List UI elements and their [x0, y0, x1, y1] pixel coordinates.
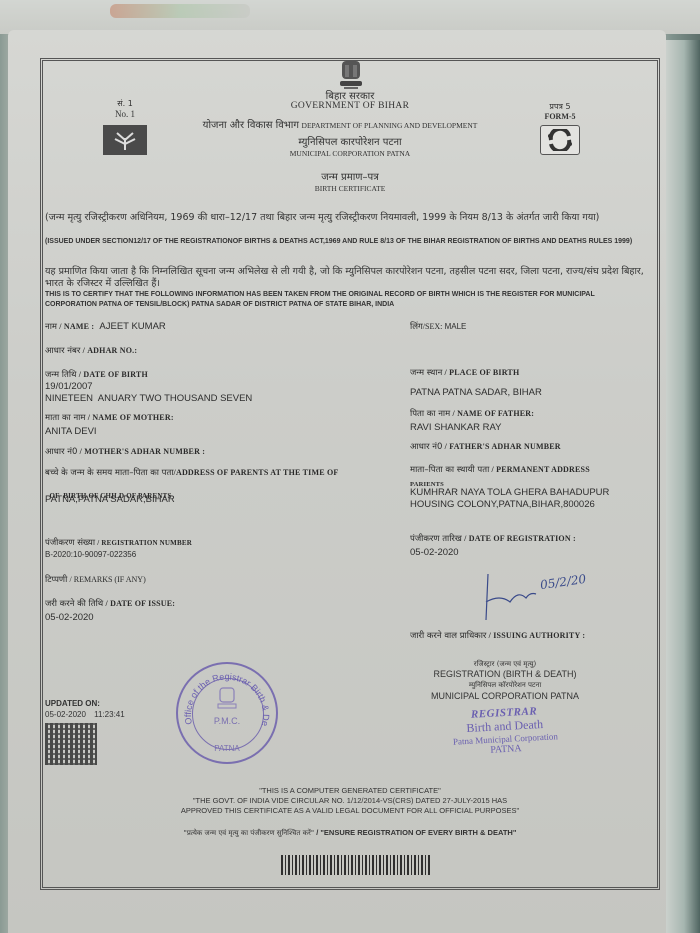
reg-date-label-hi: पंजीकरण तारिख: [410, 534, 462, 544]
slogan-hi: "प्रत्येक जन्म एवं मृत्यु का पंजीकरण सुन…: [184, 829, 314, 837]
reg-no-value: B-2020:10-90097-022356: [45, 550, 136, 559]
birth-address-field: बच्चे के जन्म के समय माता–पिता का पता/AD…: [45, 467, 338, 478]
qr-code[interactable]: [45, 723, 97, 765]
adhar-label-en: / ADHAR NO.:: [83, 346, 138, 355]
pob-field: जन्म स्थान / PLACE OF BIRTH: [410, 367, 519, 378]
sex-label-hi: लिंग: [410, 322, 423, 332]
issuing-authority-label-hi: जारी करने वाल प्राधिकार: [410, 631, 486, 641]
name-label-hi: नाम: [45, 322, 57, 332]
pob-value: PATNA PATNA SADAR, BIHAR: [410, 387, 542, 398]
seal-emblem-icon: [216, 686, 238, 712]
footer-slogan: "प्रत्येक जन्म एवं मृत्यु का पंजीकरण सुन…: [100, 828, 600, 838]
registration-logo-icon: [540, 125, 580, 155]
registrar-stamp: REGISTRAR Birth and Death Patna Municipa…: [419, 703, 591, 760]
father-adhar-label-hi: आधार नं0: [410, 442, 442, 452]
mother-adhar-field: आधार नं0 / MOTHER'S ADHAR NUMBER :: [45, 446, 205, 457]
dob-words: NINETEEN ANUARY TWO THOUSAND SEVEN: [45, 393, 252, 404]
footer-circular: "THE GOVT. OF INDIA VIDE CIRCULAR NO. 1/…: [100, 796, 600, 805]
background-top: [0, 0, 700, 34]
adhar-label-hi: आधार नंबर: [45, 346, 80, 356]
perm-address-line2: HOUSING COLONY,PATNA,BIHAR,800026: [410, 499, 595, 510]
mother-adhar-label-en: / MOTHER'S ADHAR NUMBER :: [80, 447, 205, 456]
certify-en: THIS IS TO CERTIFY THAT THE FOLLOWING IN…: [45, 290, 645, 310]
father-adhar-field: आधार नं0 / FATHER'S ADHAR NUMBER: [410, 441, 561, 452]
barcode[interactable]: [281, 855, 431, 875]
reg-date-field: पंजीकरण तारिख / DATE OF REGISTRATION :: [410, 533, 576, 544]
seal-center-text: P.M.C.: [178, 716, 276, 726]
reg-no-label-en: / REGISTRATION NUMBER: [97, 539, 192, 547]
corp-en: MUNICIPAL CORPORATION PATNA: [200, 149, 500, 158]
father-value: RAVI SHANKAR RAY: [410, 422, 502, 433]
perm-address-label-en: / PERMANENT ADDRESS: [492, 465, 590, 474]
father-field: पिता का नाम / NAME OF FATHER:: [410, 408, 534, 419]
seal-bottom-text: PATNA: [178, 744, 276, 753]
authority-corp-en: MUNICIPAL CORPORATION PATNA: [415, 691, 595, 701]
footer-approved: APPROVED THIS CERTIFICATE AS A VALID LEG…: [100, 806, 600, 815]
title-en: BIRTH CERTIFICATE: [200, 184, 500, 193]
reg-date-value: 05-02-2020: [410, 547, 459, 558]
dept-en: DEPARTMENT OF PLANNING AND DEVELOPMENT: [302, 121, 478, 130]
updated-time: 11:23:41: [94, 710, 125, 719]
mother-value: ANITA DEVI: [45, 426, 97, 437]
official-seal: Office of the Registrar Birth & Death P.…: [176, 662, 278, 764]
dept-hi: योजना और विकास विभाग: [203, 120, 299, 131]
form-en: FORM-5: [530, 112, 590, 121]
mother-adhar-label-hi: आधार नं0: [45, 447, 77, 457]
pob-label-en: / PLACE OF BIRTH: [445, 368, 520, 377]
father-adhar-label-en: / FATHER'S ADHAR NUMBER: [445, 442, 561, 451]
serial-hi: सं. 1: [110, 98, 140, 109]
form-hi: प्रपत्र 5: [530, 101, 590, 112]
issue-date-label-en: / DATE OF ISSUE:: [105, 599, 175, 608]
dob-label-hi: जन्म तिथि: [45, 370, 76, 380]
birth-address-label-hi: बच्चे के जन्म के समय माता–पिता का पता: [45, 468, 174, 478]
title-hi: जन्म प्रमाण–पत्र: [200, 169, 500, 183]
mother-field: माता का नाम / NAME OF MOTHER:: [45, 412, 174, 423]
mother-label-hi: माता का नाम: [45, 413, 85, 423]
name-value: AJEET KUMAR: [99, 321, 165, 332]
birth-address-value: PATNA,PATNA SADAR,BIHAR: [45, 494, 175, 505]
corp-hi: म्युनिसिपल कारपोरेशन पटना: [200, 134, 500, 148]
perm-address-label-hi: माता–पिता का स्थायी पता: [410, 465, 489, 475]
pob-label-hi: जन्म स्थान: [410, 368, 442, 378]
department: योजना और विकास विभाग DEPARTMENT OF PLANN…: [140, 117, 540, 131]
sex-value: MALE: [445, 322, 467, 331]
remarks-label-hi: टिप्पणी: [45, 575, 67, 585]
issued-under-en: (ISSUED UNDER SECTION12/17 OF THE REGIST…: [45, 237, 645, 247]
slogan-en: / "ENSURE REGISTRATION OF EVERY BIRTH & …: [316, 828, 516, 837]
updated-date: 05-02-2020: [45, 710, 86, 719]
form-number: प्रपत्र 5 FORM-5: [530, 101, 590, 121]
dob-field: जन्म तिथि / DATE OF BIRTH: [45, 369, 148, 380]
remarks-field: टिप्पणी / REMARKS (IF ANY): [45, 574, 146, 585]
remarks-label-en: / REMARKS (IF ANY): [70, 575, 146, 584]
footer-computer-generated: "THIS IS A COMPUTER GENERATED CERTIFICAT…: [100, 786, 600, 795]
registrar-en: REGISTRATION (BIRTH & DEATH): [415, 669, 595, 679]
background-object: [110, 4, 250, 18]
issuing-authority-label-en: / ISSUING AUTHORITY :: [489, 631, 586, 640]
perm-address-line1: KUMHRAR NAYA TOLA GHERA BAHADUPUR: [410, 487, 609, 498]
reg-no-label-hi: पंजीकरण संख्या: [45, 538, 95, 548]
issuing-authority-field: जारी करने वाल प्राधिकार / ISSUING AUTHOR…: [410, 630, 585, 641]
serial-number: सं. 1 No. 1: [110, 98, 140, 119]
registrar-hi: रजिस्ट्रार (जन्म एवं मृत्यु): [415, 660, 595, 669]
father-label-hi: पिता का नाम: [410, 409, 450, 419]
reg-no-field: पंजीकरण संख्या / REGISTRATION NUMBER: [45, 537, 192, 548]
state-en: GOVERNMENT OF BIHAR: [200, 101, 500, 111]
father-label-en: / NAME OF FATHER:: [452, 409, 534, 418]
dob-value: 19/01/2007: [45, 381, 93, 392]
issue-date-field: जरी करने की तिथि / DATE OF ISSUE:: [45, 598, 175, 609]
adhar-field: आधार नंबर / ADHAR NO.:: [45, 345, 137, 356]
perm-address-field: माता–पिता का स्थायी पता / PERMANENT ADDR…: [410, 464, 590, 475]
reg-date-label-en: / DATE OF REGISTRATION :: [464, 534, 576, 543]
background-sheet: [660, 40, 700, 933]
updated-on-value: 05-02-2020 11:23:41: [45, 710, 125, 719]
name-field: नाम / NAME : AJEET KUMAR: [45, 321, 166, 332]
birth-address-label-en: /ADDRESS OF PARENTS AT THE TIME OF: [174, 468, 339, 477]
certify-hi: यह प्रमाणित किया जाता है कि निम्नलिखित स…: [45, 266, 645, 290]
tree-icon: [107, 128, 143, 152]
name-label-en: / NAME :: [59, 322, 94, 331]
issue-date-value: 05-02-2020: [45, 612, 94, 623]
issue-date-label-hi: जरी करने की तिथि: [45, 599, 103, 609]
authority-corp-hi: म्युनिसिपल कॉरपोरेशन पटना: [415, 681, 595, 690]
sex-field: लिंग/SEX: MALE: [410, 321, 466, 332]
sex-label-en: /SEX:: [423, 322, 443, 331]
serial-en: No. 1: [110, 109, 140, 119]
updated-on-label: UPDATED ON:: [45, 699, 100, 708]
circular-arrows-icon: [545, 129, 575, 151]
dob-label-en: / DATE OF BIRTH: [79, 370, 148, 379]
state-hi: बिहार सरकार: [200, 88, 500, 102]
issued-under-hi: (जन्म मृत्यु रजिस्ट्रीकरण अधिनियम, 1969 …: [45, 212, 645, 224]
mother-label-en: / NAME OF MOTHER:: [88, 413, 174, 422]
